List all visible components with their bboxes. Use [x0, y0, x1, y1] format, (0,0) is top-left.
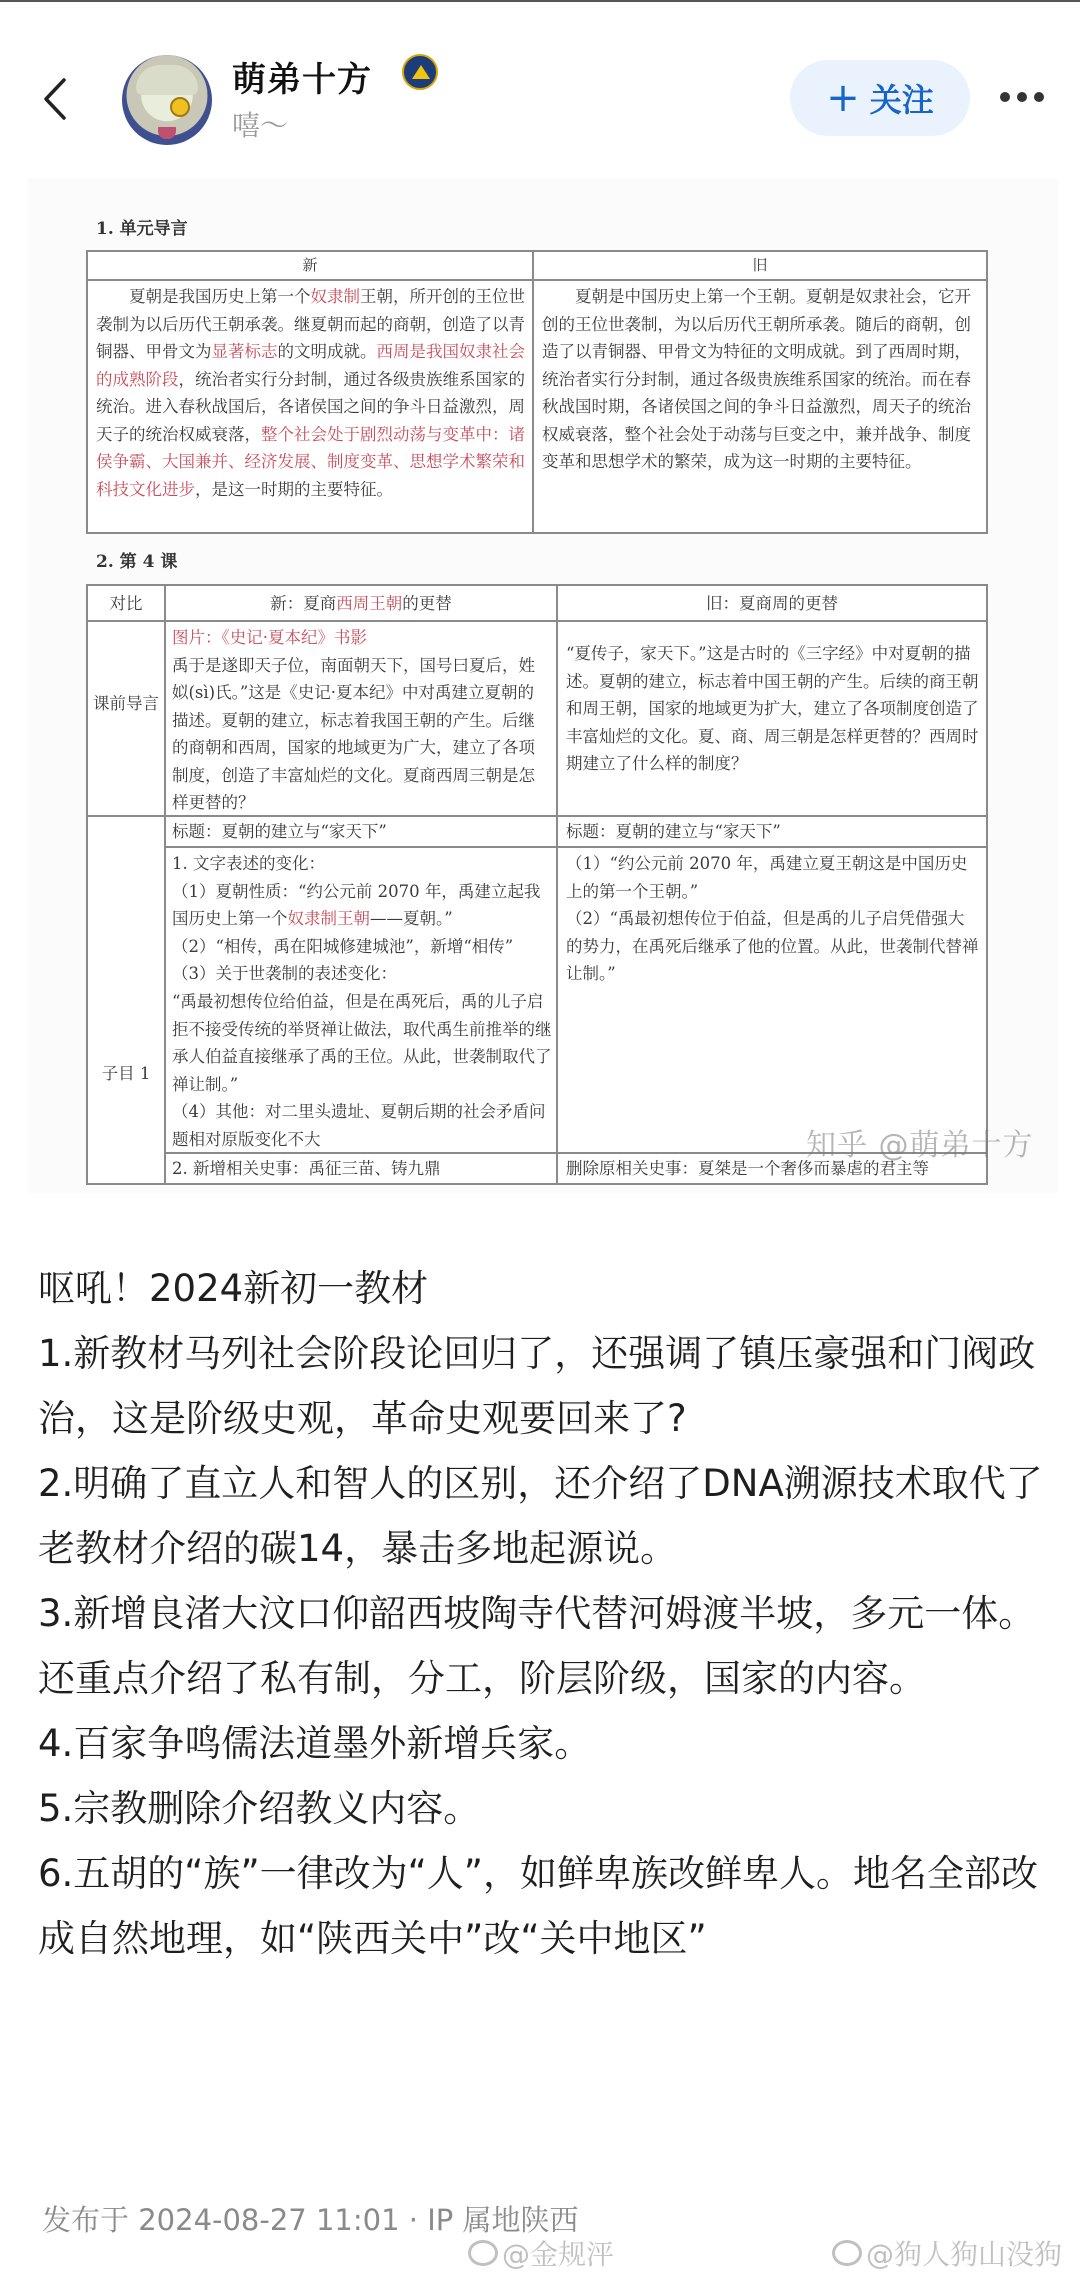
row3-new-text: 2. 新增相关史事：禹征三苗、铸九鼎	[172, 1155, 552, 1183]
weibo-icon	[468, 2240, 498, 2266]
row1-new-text: 禹于是遂即天子位，南面朝天下，国号曰夏后，姓姒(sì)氏。”这是《史记·夏本纪》…	[172, 652, 550, 813]
plus-icon: +	[826, 78, 860, 118]
avatar-eye	[170, 97, 190, 117]
avatar-hair	[136, 65, 198, 95]
post-body: 呕吼！2024新初一教材1.新教材马列社会阶段论回归了，还强调了镇压豪强和门阀政…	[38, 1256, 1048, 1971]
table-divider	[556, 584, 558, 1185]
row2-old-content: （1）“约公元前 2070 年，禹建立夏王朝这是中国历史上的第一个王朝。”（2）…	[566, 850, 980, 1150]
avatar[interactable]	[122, 55, 212, 145]
post-paragraph: 3.新增良渚大汶口仰韶西坡陶寺代替河姆渡半坡，多元一体。还重点介绍了私有制，分工…	[38, 1581, 1048, 1711]
header-text: 的更替	[402, 594, 452, 613]
row2-new-line: （1）夏朝性质：“约公元前 2070 年，禹建立起我国历史上第一个奴隶制王朝——…	[172, 878, 552, 933]
section2-title: 2. 第 4 课	[96, 547, 177, 572]
highlight-text: 奴隶制	[311, 287, 361, 306]
weibo-watermark-1: @金规泙	[468, 2233, 614, 2273]
row-label-intro: 课前导言	[92, 690, 160, 750]
follow-button[interactable]: + 关注	[790, 60, 970, 136]
verified-badge-icon	[402, 54, 438, 90]
weibo-icon	[832, 2240, 862, 2266]
row1-old-text: “夏传子，家天下。”这是古时的《三字经》中对夏朝的描述。夏朝的建立，标志着中国王…	[566, 640, 980, 812]
table2-header-compare: 对比	[88, 590, 164, 618]
row2-new-line: （4）其他：对二里头遗址、夏朝后期的社会矛盾问题相对原版变化不大	[172, 1098, 552, 1150]
chevron-left-icon	[36, 74, 76, 124]
row2-old-line: （2）“禹最初想传位于伯益，但是禹的儿子启凭借强大的势力，在禹死后继承了他的位置…	[566, 905, 980, 988]
table1-new-text: 夏朝是我国历史上第一个奴隶制王朝，所开创的王位世袭制为以后历代王朝承袭。继夏朝而…	[96, 283, 528, 531]
watermark-text: @金规泙	[502, 2233, 614, 2273]
row2-new-line: “禹最初想传位给伯益，但是在禹死后，禹的儿子启拒不接受传统的举贤禅让做法，取代禹…	[172, 988, 552, 1098]
header-text: 新：夏商	[270, 594, 336, 613]
zhihu-watermark: 知乎 @萌弟十方	[806, 1120, 1034, 1164]
section1-title: 1. 单元导言	[96, 214, 188, 239]
post-paragraph: 呕吼！2024新初一教材	[38, 1256, 1048, 1321]
table-divider	[164, 846, 988, 848]
post-paragraph: 6.五胡的“族”一律改为“人”，如鲜卑族改鲜卑人。地名全部改成自然地理，如“陕西…	[38, 1841, 1048, 1971]
row-label-subitem1: 子目 1	[90, 1060, 162, 1090]
row2-new-line: 1. 文字表述的变化：	[172, 850, 552, 878]
row2-new-line: （3）关于世袭制的表述变化：	[172, 960, 552, 988]
author-signature: 嘻～	[232, 104, 288, 144]
table2-header-new: 新：夏商西周王朝的更替	[166, 590, 556, 618]
avatar-mouth	[158, 127, 176, 139]
watermark-text: @狗人狗山没狗	[866, 2233, 1062, 2273]
table1-header-new: 新	[88, 252, 532, 279]
status-divider	[0, 0, 1080, 2]
author-name[interactable]: 萌弟十方	[232, 52, 372, 101]
post-paragraph: 5.宗教删除介绍教义内容。	[38, 1776, 1048, 1841]
row1-new-cell: 图片：《史记·夏本纪》书影 禹于是遂即天子位，南面朝天下，国号曰夏后，姓姒(sì…	[172, 624, 550, 812]
back-button[interactable]	[36, 74, 76, 124]
table-divider	[86, 815, 988, 817]
table-divider	[164, 584, 166, 1185]
post-paragraph: 1.新教材马列社会阶段论回归了，还强调了镇压豪强和门阀政治，这是阶级史观，革命史…	[38, 1321, 1048, 1451]
table1-header-old: 旧	[534, 252, 986, 279]
body-text: 夏朝是我国历史上第一个	[96, 287, 311, 306]
follow-label: 关注	[870, 75, 934, 121]
highlight-text: 显著标志	[212, 342, 278, 361]
table-divider	[86, 279, 988, 281]
row2-new-title: 标题：夏朝的建立与“家天下”	[172, 818, 550, 846]
post-paragraph: 2.明确了直立人和智人的区别，还介绍了DNA溯源技术取代了老教材介绍的碳14，暴…	[38, 1451, 1048, 1581]
dot-icon	[1017, 92, 1027, 102]
row1-new-image-caption: 图片：《史记·夏本纪》书影	[172, 624, 550, 652]
body-text: 的文明成就。	[278, 342, 377, 361]
row2-new-content: 1. 文字表述的变化：（1）夏朝性质：“约公元前 2070 年，禹建立起我国历史…	[172, 850, 552, 1150]
dot-icon	[1034, 92, 1044, 102]
row2-old-title: 标题：夏朝的建立与“家天下”	[566, 818, 980, 846]
table1-old-text: 夏朝是中国历史上第一个王朝。夏朝是奴隶社会，它开创的王位世袭制，为以后历代王朝所…	[542, 283, 982, 531]
table2-header-old: 旧：夏商周的更替	[558, 590, 986, 618]
more-options-button[interactable]	[1000, 92, 1044, 102]
table-divider	[532, 250, 534, 534]
post-paragraph: 4.百家争鸣儒法道墨外新增兵家。	[38, 1711, 1048, 1776]
body-text: ，是这一时期的主要特征。	[195, 480, 393, 499]
weibo-watermark-2: @狗人狗山没狗	[832, 2233, 1062, 2273]
row2-new-line: （2）“相传，禹在阳城修建城池”，新增“相传”	[172, 933, 552, 961]
table-divider	[86, 620, 988, 622]
header-red-text: 西周王朝	[336, 594, 402, 613]
dot-icon	[1000, 92, 1010, 102]
row2-old-line: （1）“约公元前 2070 年，禹建立夏王朝这是中国历史上的第一个王朝。”	[566, 850, 980, 905]
